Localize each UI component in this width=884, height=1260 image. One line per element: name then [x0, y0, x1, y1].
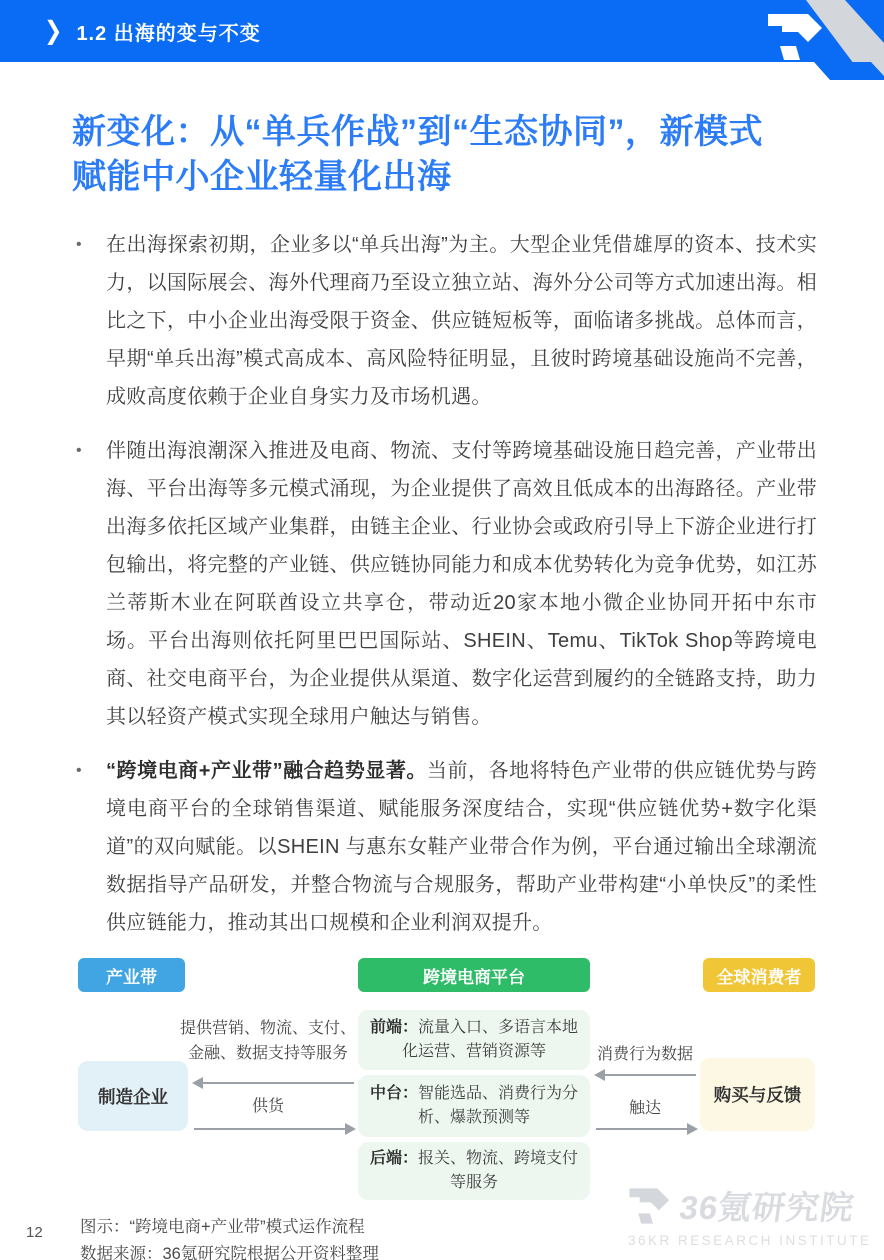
manufacturer-node: 制造企业 — [78, 1061, 188, 1131]
flow-diagram: 产业带 跨境电商平台 全球消费者 前端：流量入口、多语言本地化运营、营销资源等 … — [72, 958, 817, 1208]
bullet-text: 在出海探索初期，企业多以“单兵出海”为主。大型企业凭借雄厚的资本、技术实力，以国… — [106, 234, 817, 408]
chevron-right-icon: ❯ — [44, 18, 62, 43]
platform-layer-middle: 中台：智能选品、消费行为分析、爆款预测等 — [358, 1075, 590, 1137]
arrow-left-icon — [596, 1074, 696, 1076]
reach-flow-label: 触达 — [592, 1096, 698, 1121]
bullet-dot: • — [76, 226, 82, 264]
watermark: 36氪研究院 36KR RESEARCH INSTITUTE — [628, 1182, 858, 1248]
layer-text: 报关、物流、跨境支付等服务 — [418, 1150, 578, 1191]
platform-layer-back: 后端：报关、物流、跨境支付等服务 — [358, 1142, 590, 1200]
bullet-dot: • — [76, 752, 82, 790]
watermark-logo-icon — [628, 1185, 672, 1227]
layer-text: 流量入口、多语言本地化运营、营销资源等 — [402, 1019, 578, 1060]
page-title: 新变化：从“单兵作战”到“生态协同”，新模式赋能中小企业轻量化出海 — [72, 110, 788, 200]
bullet-item: • “跨境电商+产业带”融合趋势显著。当前，各地将特色产业带的供应链优势与跨境电… — [72, 752, 817, 942]
arrow-left-icon — [194, 1082, 354, 1084]
watermark-brand-cn: 36氪研究院 — [677, 1182, 858, 1229]
36kr-logo-icon — [744, 0, 884, 80]
platform-layer-front: 前端：流量入口、多语言本地化运营、营销资源等 — [358, 1010, 590, 1070]
layer-lead: 中台： — [370, 1085, 418, 1102]
page-number: 12 — [26, 1224, 43, 1241]
purchase-feedback-node: 购买与反馈 — [700, 1058, 815, 1131]
bullet-list: • 在出海探索初期，企业多以“单兵出海”为主。大型企业凭借雄厚的资本、技术实力，… — [72, 226, 817, 942]
arrow-right-icon — [596, 1128, 696, 1130]
diagram-header-platform: 跨境电商平台 — [358, 958, 590, 992]
bullet-dot: • — [76, 432, 82, 470]
page-content: 新变化：从“单兵作战”到“生态协同”，新模式赋能中小企业轻量化出海 • 在出海探… — [0, 110, 884, 1260]
services-flow-label: 提供营销、物流、支付、金融、数据支持等服务 — [176, 1016, 360, 1066]
layer-lead: 后端： — [370, 1150, 418, 1167]
bullet-text: 伴随出海浪潮深入推进及电商、物流、支付等跨境基础设施日趋完善，产业带出海、平台出… — [106, 440, 817, 728]
bullet-item: • 伴随出海浪潮深入推进及电商、物流、支付等跨境基础设施日趋完善，产业带出海、平… — [72, 432, 817, 736]
watermark-brand-en: 36KR RESEARCH INSTITUTE — [628, 1233, 858, 1248]
bullet-item: • 在出海探索初期，企业多以“单兵出海”为主。大型企业凭借雄厚的资本、技术实力，… — [72, 226, 817, 416]
bullet-text: 当前，各地将特色产业带的供应链优势与跨境电商平台的全球销售渠道、赋能服务深度结合… — [106, 760, 817, 934]
bullet-lead: “跨境电商+产业带”融合趋势显著。 — [106, 760, 427, 782]
layer-text: 智能选品、消费行为分析、爆款预测等 — [418, 1085, 578, 1126]
diagram-header-consumer: 全球消费者 — [703, 958, 815, 992]
header-bar: ❯ 1.2 出海的变与不变 — [0, 0, 884, 62]
arrow-right-icon — [194, 1128, 354, 1130]
diagram-header-industry-belt: 产业带 — [78, 958, 185, 992]
supply-flow-label: 供货 — [176, 1094, 360, 1119]
header-section-title: 1.2 出海的变与不变 — [76, 17, 260, 46]
layer-lead: 前端： — [370, 1019, 418, 1036]
consumer-data-flow-label: 消费行为数据 — [592, 1042, 698, 1067]
